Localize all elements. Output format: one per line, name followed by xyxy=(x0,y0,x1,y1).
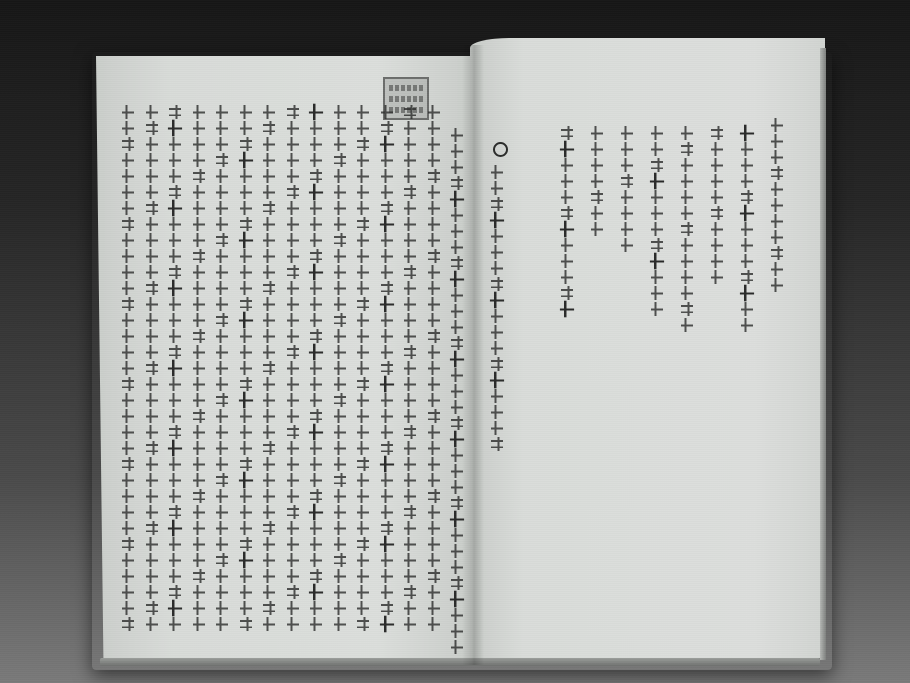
handwriting-glyph xyxy=(621,174,633,188)
handwriting-glyph xyxy=(146,585,158,599)
handwriting-glyph xyxy=(169,249,181,263)
handwriting-glyph xyxy=(146,473,158,487)
handwriting-glyph xyxy=(771,182,783,196)
handwriting-glyph xyxy=(491,277,503,291)
handwritten-column xyxy=(740,126,754,334)
handwriting-glyph xyxy=(741,254,753,268)
handwriting-glyph xyxy=(451,496,463,510)
handwriting-glyph xyxy=(451,448,463,462)
handwriting-glyph xyxy=(334,201,346,215)
handwriting-glyph xyxy=(334,297,346,311)
handwriting-glyph xyxy=(381,441,393,455)
handwriting-glyph xyxy=(404,569,416,583)
handwriting-glyph xyxy=(310,281,322,295)
handwriting-glyph xyxy=(169,345,181,359)
handwriting-glyph xyxy=(334,153,346,167)
handwriting-glyph xyxy=(122,409,134,423)
handwriting-glyph xyxy=(122,617,134,631)
handwriting-glyph xyxy=(357,105,369,119)
handwriting-glyph xyxy=(451,144,463,158)
handwriting-glyph xyxy=(216,393,228,407)
handwriting-glyph xyxy=(309,584,323,601)
handwriting-glyph xyxy=(771,262,783,276)
handwriting-glyph xyxy=(560,221,574,238)
handwriting-glyph xyxy=(122,377,134,391)
handwriting-glyph xyxy=(216,185,228,199)
handwriting-glyph xyxy=(561,174,573,188)
handwriting-glyph xyxy=(287,313,299,327)
handwriting-glyph xyxy=(240,185,252,199)
handwriting-glyph xyxy=(216,105,228,119)
handwriting-glyph xyxy=(287,233,299,247)
handwriting-glyph xyxy=(428,137,440,151)
handwriting-glyph xyxy=(263,201,275,215)
handwriting-glyph xyxy=(193,473,205,487)
handwriting-glyph xyxy=(122,601,134,615)
handwriting-glyph xyxy=(193,345,205,359)
handwriting-glyph xyxy=(193,137,205,151)
handwriting-glyph xyxy=(681,302,693,316)
handwriting-glyph xyxy=(741,302,753,316)
handwriting-glyph xyxy=(428,617,440,631)
handwriting-glyph xyxy=(428,313,440,327)
handwriting-glyph xyxy=(240,569,252,583)
handwriting-glyph xyxy=(310,169,322,183)
handwriting-glyph xyxy=(216,569,228,583)
handwriting-glyph xyxy=(404,137,416,151)
handwriting-glyph xyxy=(146,105,158,119)
handwriting-glyph xyxy=(193,457,205,471)
handwriting-glyph xyxy=(193,505,205,519)
handwriting-glyph xyxy=(428,201,440,215)
handwriting-glyph xyxy=(428,537,440,551)
handwriting-glyph xyxy=(334,265,346,279)
handwriting-glyph xyxy=(381,313,393,327)
handwriting-glyph xyxy=(381,265,393,279)
handwriting-glyph xyxy=(357,281,369,295)
handwriting-glyph xyxy=(146,201,158,215)
handwriting-glyph xyxy=(240,249,252,263)
handwriting-glyph xyxy=(146,425,158,439)
handwriting-glyph xyxy=(169,537,181,551)
handwriting-glyph xyxy=(591,158,603,172)
handwriting-glyph xyxy=(451,288,463,302)
handwriting-glyph xyxy=(287,409,299,423)
handwriting-glyph xyxy=(357,601,369,615)
handwriting-glyph xyxy=(404,489,416,503)
handwriting-glyph xyxy=(381,121,393,135)
handwriting-glyph xyxy=(263,473,275,487)
handwriting-glyph xyxy=(193,297,205,311)
handwriting-glyph xyxy=(711,126,723,140)
handwriting-glyph xyxy=(740,125,754,142)
handwriting-glyph xyxy=(240,489,252,503)
handwriting-glyph xyxy=(334,601,346,615)
handwriting-glyph xyxy=(146,409,158,423)
handwriting-glyph xyxy=(169,553,181,567)
handwriting-glyph xyxy=(591,222,603,236)
handwritten-column xyxy=(560,126,574,318)
handwriting-glyph xyxy=(309,104,323,121)
handwriting-glyph xyxy=(561,126,573,140)
handwriting-glyph xyxy=(451,336,463,350)
handwriting-glyph xyxy=(263,313,275,327)
handwriting-glyph xyxy=(146,169,158,183)
handwriting-glyph xyxy=(238,232,252,249)
handwriting-glyph xyxy=(357,409,369,423)
handwriting-glyph xyxy=(310,553,322,567)
handwriting-glyph xyxy=(381,233,393,247)
handwriting-glyph xyxy=(122,153,134,167)
handwriting-glyph xyxy=(287,185,299,199)
handwriting-glyph xyxy=(428,393,440,407)
handwriting-glyph xyxy=(404,329,416,343)
handwriting-glyph xyxy=(334,233,346,247)
handwriting-glyph xyxy=(169,409,181,423)
handwriting-glyph xyxy=(216,217,228,231)
handwriting-glyph xyxy=(451,560,463,574)
handwriting-glyph xyxy=(216,297,228,311)
handwriting-glyph xyxy=(357,537,369,551)
handwriting-glyph xyxy=(122,393,134,407)
handwriting-glyph xyxy=(334,441,346,455)
handwriting-glyph xyxy=(287,201,299,215)
handwriting-glyph xyxy=(193,393,205,407)
handwriting-glyph xyxy=(357,617,369,631)
handwriting-glyph xyxy=(381,585,393,599)
handwriting-glyph xyxy=(404,505,416,519)
handwriting-glyph xyxy=(451,416,463,430)
handwriting-glyph xyxy=(334,569,346,583)
handwriting-glyph xyxy=(428,457,440,471)
handwriting-glyph xyxy=(450,351,464,368)
handwriting-glyph xyxy=(681,174,693,188)
handwriting-glyph xyxy=(146,537,158,551)
handwriting-glyph xyxy=(451,224,463,238)
handwriting-glyph xyxy=(193,313,205,327)
handwritten-column xyxy=(403,105,417,633)
handwriting-glyph xyxy=(357,441,369,455)
handwriting-glyph xyxy=(240,217,252,231)
handwriting-glyph xyxy=(404,377,416,391)
handwriting-glyph xyxy=(711,238,723,252)
handwriting-glyph xyxy=(491,357,503,371)
handwriting-glyph xyxy=(193,169,205,183)
handwriting-glyph xyxy=(193,537,205,551)
handwriting-glyph xyxy=(193,377,205,391)
handwriting-glyph xyxy=(451,240,463,254)
handwriting-glyph xyxy=(240,329,252,343)
handwriting-glyph xyxy=(357,489,369,503)
handwriting-glyph xyxy=(450,271,464,288)
handwriting-glyph xyxy=(309,344,323,361)
handwriting-glyph xyxy=(334,361,346,375)
handwriting-glyph xyxy=(310,201,322,215)
handwriting-glyph xyxy=(263,281,275,295)
handwriting-glyph xyxy=(169,377,181,391)
handwriting-glyph xyxy=(651,302,663,316)
handwriting-glyph xyxy=(240,345,252,359)
handwriting-glyph xyxy=(451,176,463,190)
handwriting-glyph xyxy=(310,457,322,471)
handwriting-glyph xyxy=(491,325,503,339)
handwriting-glyph xyxy=(428,505,440,519)
handwriting-glyph xyxy=(451,464,463,478)
handwriting-glyph xyxy=(491,405,503,419)
handwriting-glyph xyxy=(561,206,573,220)
handwriting-glyph xyxy=(381,521,393,535)
handwriting-glyph xyxy=(404,185,416,199)
handwriting-glyph xyxy=(263,361,275,375)
handwriting-glyph xyxy=(357,505,369,519)
handwriting-glyph xyxy=(357,169,369,183)
handwriting-glyph xyxy=(263,137,275,151)
handwriting-glyph xyxy=(193,105,205,119)
handwriting-glyph xyxy=(122,457,134,471)
handwriting-glyph xyxy=(263,457,275,471)
handwriting-glyph xyxy=(122,473,134,487)
handwriting-glyph xyxy=(681,286,693,300)
handwriting-glyph xyxy=(193,409,205,423)
handwriting-glyph xyxy=(651,206,663,220)
handwriting-glyph xyxy=(168,360,182,377)
handwriting-glyph xyxy=(404,521,416,535)
handwriting-glyph xyxy=(741,190,753,204)
handwritten-column xyxy=(262,105,276,633)
handwriting-glyph xyxy=(146,569,158,583)
handwriting-glyph xyxy=(451,208,463,222)
handwriting-glyph xyxy=(428,217,440,231)
handwriting-glyph xyxy=(357,377,369,391)
handwriting-glyph xyxy=(287,265,299,279)
handwriting-glyph xyxy=(357,297,369,311)
handwriting-glyph xyxy=(146,185,158,199)
handwriting-glyph xyxy=(287,169,299,183)
handwriting-glyph xyxy=(169,233,181,247)
handwriting-glyph xyxy=(428,185,440,199)
handwriting-glyph xyxy=(146,521,158,535)
handwriting-glyph xyxy=(216,457,228,471)
handwriting-glyph xyxy=(216,153,228,167)
handwriting-glyph xyxy=(193,601,205,615)
handwriting-glyph xyxy=(122,553,134,567)
handwriting-glyph xyxy=(651,238,663,252)
handwriting-glyph xyxy=(450,591,464,608)
handwriting-glyph xyxy=(591,190,603,204)
handwriting-glyph xyxy=(357,521,369,535)
handwriting-glyph xyxy=(381,601,393,615)
handwriting-glyph xyxy=(740,285,754,302)
handwriting-glyph xyxy=(404,121,416,135)
handwriting-glyph xyxy=(357,313,369,327)
handwriting-glyph xyxy=(122,441,134,455)
handwriting-glyph xyxy=(428,585,440,599)
handwriting-glyph xyxy=(681,142,693,156)
page-bottom-edge xyxy=(100,658,820,666)
handwriting-glyph xyxy=(216,585,228,599)
handwriting-glyph xyxy=(122,233,134,247)
handwriting-glyph xyxy=(310,313,322,327)
handwriting-glyph xyxy=(491,181,503,195)
handwriting-glyph xyxy=(741,174,753,188)
handwriting-glyph xyxy=(681,222,693,236)
handwriting-glyph xyxy=(122,281,134,295)
handwriting-glyph xyxy=(711,254,723,268)
handwriting-glyph xyxy=(334,585,346,599)
handwriting-glyph xyxy=(404,217,416,231)
handwriting-glyph xyxy=(263,393,275,407)
handwriting-glyph xyxy=(404,169,416,183)
handwriting-glyph xyxy=(309,424,323,441)
handwriting-glyph xyxy=(146,233,158,247)
handwriting-glyph xyxy=(379,296,393,313)
handwriting-glyph xyxy=(334,377,346,391)
handwriting-glyph xyxy=(310,121,322,135)
handwriting-glyph xyxy=(122,569,134,583)
handwriting-glyph xyxy=(287,537,299,551)
handwriting-glyph xyxy=(334,137,346,151)
handwriting-glyph xyxy=(168,200,182,217)
handwriting-glyph xyxy=(122,505,134,519)
handwriting-glyph xyxy=(334,345,346,359)
handwriting-glyph xyxy=(404,409,416,423)
handwriting-glyph xyxy=(240,137,252,151)
handwriting-glyph xyxy=(146,249,158,263)
handwriting-glyph xyxy=(381,201,393,215)
handwriting-glyph xyxy=(287,505,299,519)
handwriting-glyph xyxy=(741,238,753,252)
handwriting-glyph xyxy=(451,576,463,590)
handwriting-glyph xyxy=(650,253,664,270)
handwriting-glyph xyxy=(334,105,346,119)
handwriting-glyph xyxy=(310,393,322,407)
handwriting-glyph xyxy=(216,489,228,503)
handwriting-glyph xyxy=(404,425,416,439)
handwriting-glyph xyxy=(169,585,181,599)
handwriting-glyph xyxy=(404,249,416,263)
handwriting-glyph xyxy=(240,505,252,519)
handwriting-glyph xyxy=(379,456,393,473)
handwriting-glyph xyxy=(741,142,753,156)
handwriting-glyph xyxy=(381,409,393,423)
handwriting-glyph xyxy=(310,153,322,167)
handwriting-glyph xyxy=(193,329,205,343)
handwriting-glyph xyxy=(216,601,228,615)
handwriting-glyph xyxy=(379,536,393,553)
handwriting-glyph xyxy=(357,361,369,375)
handwriting-glyph xyxy=(357,457,369,471)
handwriting-glyph xyxy=(310,441,322,455)
handwriting-glyph xyxy=(404,313,416,327)
handwriting-glyph xyxy=(146,121,158,135)
handwriting-glyph xyxy=(428,601,440,615)
handwriting-glyph xyxy=(381,361,393,375)
handwriting-glyph xyxy=(357,121,369,135)
handwriting-glyph xyxy=(381,153,393,167)
handwriting-glyph xyxy=(146,617,158,631)
handwriting-glyph xyxy=(381,169,393,183)
handwriting-glyph xyxy=(451,368,463,382)
stamp-row xyxy=(389,96,423,102)
handwriting-glyph xyxy=(146,281,158,295)
handwriting-glyph xyxy=(216,617,228,631)
handwriting-glyph xyxy=(169,473,181,487)
handwriting-glyph xyxy=(428,441,440,455)
handwriting-glyph xyxy=(169,169,181,183)
handwriting-glyph xyxy=(263,585,275,599)
handwriting-glyph xyxy=(193,441,205,455)
handwriting-glyph xyxy=(491,245,503,259)
handwriting-glyph xyxy=(561,270,573,284)
handwriting-glyph xyxy=(216,121,228,135)
handwriting-glyph xyxy=(146,361,158,375)
handwritten-column xyxy=(650,126,664,318)
handwriting-glyph xyxy=(491,421,503,435)
handwritten-column xyxy=(286,105,300,633)
handwriting-glyph xyxy=(287,601,299,615)
handwriting-glyph xyxy=(240,441,252,455)
handwriting-glyph xyxy=(263,121,275,135)
handwriting-glyph xyxy=(287,441,299,455)
handwriting-glyph xyxy=(381,345,393,359)
handwriting-glyph xyxy=(621,142,633,156)
handwriting-glyph xyxy=(146,377,158,391)
handwriting-glyph xyxy=(334,617,346,631)
handwriting-glyph xyxy=(404,601,416,615)
handwritten-column xyxy=(121,105,135,633)
handwriting-glyph xyxy=(193,585,205,599)
handwriting-glyph xyxy=(240,105,252,119)
handwriting-glyph xyxy=(491,197,503,211)
handwriting-glyph xyxy=(334,393,346,407)
handwriting-glyph xyxy=(216,361,228,375)
handwriting-glyph xyxy=(263,329,275,343)
handwriting-glyph xyxy=(711,222,723,236)
handwriting-glyph xyxy=(122,537,134,551)
handwriting-glyph xyxy=(193,425,205,439)
handwriting-glyph xyxy=(310,473,322,487)
handwriting-glyph xyxy=(491,229,503,243)
handwriting-glyph xyxy=(216,265,228,279)
handwriting-glyph xyxy=(451,480,463,494)
handwritten-column xyxy=(239,105,253,633)
handwriting-glyph xyxy=(428,153,440,167)
handwriting-glyph xyxy=(681,126,693,140)
handwriting-glyph xyxy=(146,441,158,455)
handwriting-glyph xyxy=(771,166,783,180)
handwriting-glyph xyxy=(122,425,134,439)
handwriting-glyph xyxy=(309,504,323,521)
handwriting-glyph xyxy=(450,431,464,448)
handwriting-glyph xyxy=(240,265,252,279)
handwriting-glyph xyxy=(193,233,205,247)
handwriting-glyph xyxy=(240,169,252,183)
handwriting-glyph xyxy=(650,173,664,190)
handwritten-column xyxy=(590,126,604,238)
handwriting-glyph xyxy=(711,174,723,188)
handwriting-glyph xyxy=(193,569,205,583)
handwriting-glyph xyxy=(381,473,393,487)
handwriting-glyph xyxy=(428,121,440,135)
handwriting-glyph xyxy=(334,521,346,535)
handwriting-glyph xyxy=(240,617,252,631)
handwriting-glyph xyxy=(428,521,440,535)
handwriting-glyph xyxy=(287,457,299,471)
handwriting-glyph xyxy=(428,345,440,359)
handwriting-glyph xyxy=(169,185,181,199)
handwriting-glyph xyxy=(334,185,346,199)
handwriting-glyph xyxy=(741,158,753,172)
